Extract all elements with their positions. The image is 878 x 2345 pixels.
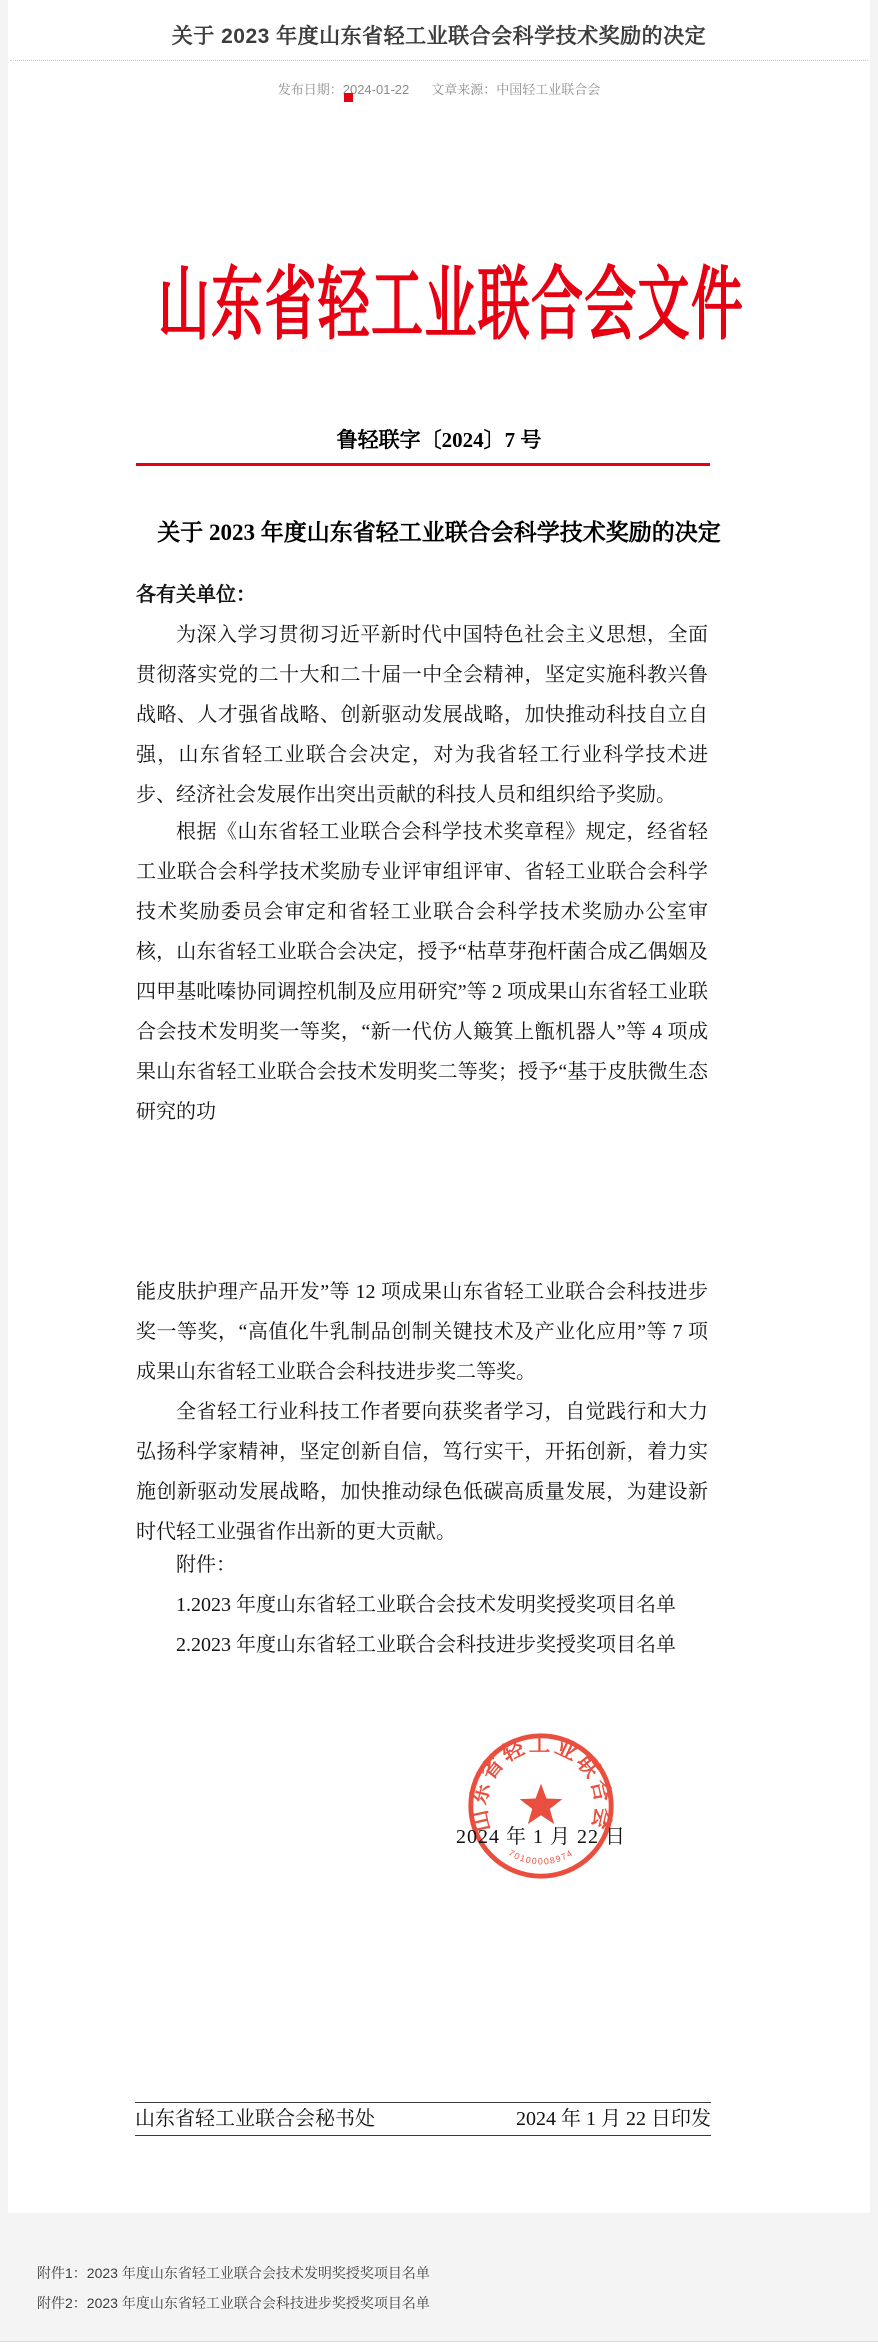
doc-paragraph: 根据《山东省轻工业联合会科学技术奖章程》规定，经省轻工业联合会科学技术奖励专业评…: [136, 812, 708, 1132]
doc-salutation: 各有关单位：: [136, 575, 708, 615]
footer-print-date: 2024 年 1 月 22 日印发: [516, 2103, 711, 2135]
doc-title: 关于 2023 年度山东省轻工业联合会科学技术奖励的决定: [60, 514, 818, 547]
doc-letterhead: 山东省轻工业联合会文件: [0, 260, 878, 352]
svg-text:山东省轻工业联合会: 山东省轻工业联合会: [466, 1732, 617, 1834]
official-seal: 山东省轻工业联合会 3701000089741: [463, 1728, 619, 1884]
doc-attachment-item: 1.2023 年度山东省轻工业联合会技术发明奖授奖项目名单: [136, 1585, 708, 1625]
sign-date: 2024 年 1 月 22 日: [456, 1820, 636, 1849]
footer-issuer: 山东省轻工业联合会秘书处: [135, 2103, 375, 2135]
red-marker-icon: [344, 93, 353, 102]
dotted-divider: [10, 60, 868, 61]
doc-number: 鲁轻联字〔2024〕7 号: [0, 424, 878, 454]
bottom-attachment-link-2[interactable]: 附件2：2023 年度山东省轻工业联合会科技进步奖授奖项目名单: [37, 2288, 857, 2318]
doc-paragraph: 为深入学习贯彻习近平新时代中国特色社会主义思想，全面贯彻落实党的二十大和二十届一…: [136, 615, 708, 815]
article-page: 关于 2023 年度山东省轻工业联合会科学技术奖励的决定 发布日期：2024-0…: [0, 0, 878, 2345]
bottom-attachment-link-1[interactable]: 附件1：2023 年度山东省轻工业联合会技术发明奖授奖项目名单: [37, 2258, 857, 2288]
bottom-rule: [0, 2341, 878, 2345]
article-meta: 发布日期：2024-01-22文章来源：中国轻工业联合会: [0, 79, 878, 98]
article-source: 文章来源：中国轻工业联合会: [431, 82, 600, 97]
print-footer: 山东省轻工业联合会秘书处 2024 年 1 月 22 日印发: [135, 2102, 711, 2136]
doc-paragraph-continued: 能皮肤护理产品开发”等 12 项成果山东省轻工业联合会科技进步奖一等奖，“高值化…: [136, 1272, 708, 1392]
doc-attachment-item: 2.2023 年度山东省轻工业联合会科技进步奖授奖项目名单: [136, 1625, 708, 1665]
seal-arc-text: 山东省轻工业联合会: [466, 1732, 617, 1834]
page-title: 关于 2023 年度山东省轻工业联合会科学技术奖励的决定: [0, 20, 878, 50]
star-icon: [520, 1784, 563, 1825]
red-rule: [136, 463, 710, 466]
attachment-links: 附件1：2023 年度山东省轻工业联合会技术发明奖授奖项目名单 附件2：2023…: [37, 2258, 857, 2318]
doc-attachments-label: 附件：: [136, 1545, 708, 1585]
doc-paragraph: 全省轻工行业科技工作者要向获奖者学习，自觉践行和大力弘扬科学家精神，坚定创新自信…: [136, 1392, 708, 1552]
